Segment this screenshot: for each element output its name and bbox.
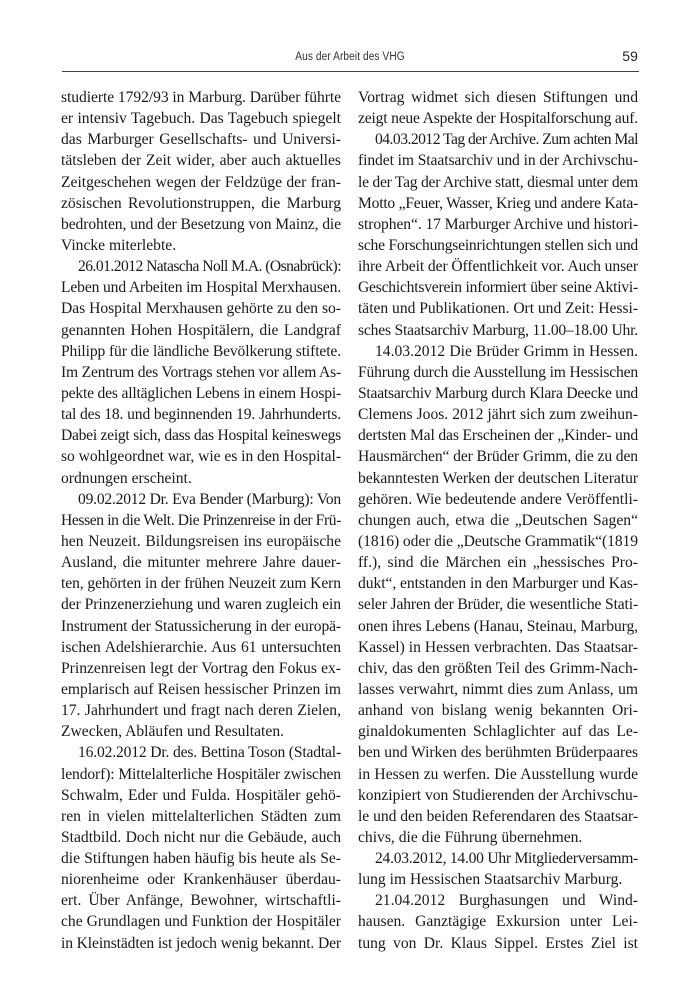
text-line: findet im Staatsarchiv und in der Archiv… (358, 150, 638, 171)
text-line: chungen auch, etwa die „Deutschen Sagen“ (358, 510, 638, 531)
text-line: chivs, die die Führung übernehmen. (358, 827, 638, 848)
text-line: lung im Hessischen Staatsarchiv Marburg. (358, 869, 638, 890)
paragraph-first-line: 26.01.2012 Natascha Noll M.A. (Osnabrück… (61, 256, 341, 277)
text-line: sche Forschungseinrichtungen stellen sic… (358, 235, 638, 256)
text-line: dertsten Mal das Erscheinen der „Kinder-… (358, 425, 638, 446)
document-page: Aus der Arbeit des VHG 59 studierte 1792… (0, 0, 700, 988)
text-line: Zeitgeschehen wegen der Feldzüge der fra… (61, 172, 341, 193)
text-line: ert. Über Anfänge, Bewohner, wirtschaftl… (61, 890, 341, 911)
text-line: anhand von bislang wenig bekannten Ori- (358, 700, 638, 721)
text-line: Dabei zeigt sich, dass das Hospital kein… (61, 425, 341, 446)
text-line: Kassel) in Hessen verbrachten. Das Staat… (358, 637, 638, 658)
text-line: tung von Dr. Klaus Sippel. Erstes Ziel i… (358, 933, 638, 954)
text-line: in Kleinstädten ist jedoch wenig bekannt… (61, 933, 341, 954)
text-line: Clemens Joos. 2012 jährt sich zum zweihu… (358, 404, 638, 425)
text-line: dukt“, entstanden in den Marburger und K… (358, 573, 638, 594)
text-line: onen ihres Lebens (Hanau, Steinau, Marbu… (358, 616, 638, 637)
text-line: (1816) oder die „Deutsche Grammatik“(181… (358, 531, 638, 552)
text-line: strophen“. 17 Marburger Archive und hist… (358, 214, 638, 235)
text-line: zösischen Revolutionstruppen, die Marbur… (61, 193, 341, 214)
text-line: Vincke miterlebte. (61, 235, 341, 256)
paragraph-first-line: 04.03.2012 Tag der Archive. Zum achten M… (358, 129, 638, 150)
paragraph-first-line: 16.02.2012 Dr. des. Bettina Toson (Stadt… (61, 742, 341, 763)
text-line: Instrument der Statussicherung in der eu… (61, 616, 341, 637)
text-line: bekanntesten Werken der deutschen Litera… (358, 468, 638, 489)
right-column: Vortrag widmet sich diesen Stiftungen un… (358, 87, 638, 954)
text-line: Stadtbild. Doch nicht nur die Gebäude, a… (61, 827, 341, 848)
text-line: ten, gehörten in der frühen Neuzeit zum … (61, 573, 341, 594)
text-line: ischen Adelshierarchie. Aus 61 untersuch… (61, 637, 341, 658)
text-line: tätsleben der Zeit wider, aber auch aktu… (61, 150, 341, 171)
text-line: Staatsarchiv Marburg durch Klara Deecke … (358, 383, 638, 404)
text-line: 17. Jahrhundert und fragt nach deren Zie… (61, 700, 341, 721)
text-line: Zwecken, Abläufen und Resultaten. (61, 721, 341, 742)
text-line: le und den beiden Referendaren des Staat… (358, 806, 638, 827)
text-line: ginaldokumenten Schlaglichter auf das Le… (358, 721, 638, 742)
page-number: 59 (622, 48, 638, 64)
text-line: Motto „Feuer, Wasser, Krieg und andere K… (358, 193, 638, 214)
text-line: ihre Arbeit der Öffentlichkeit vor. Auch… (358, 256, 638, 277)
text-line: Vortrag widmet sich diesen Stiftungen un… (358, 87, 638, 108)
header-rule (62, 71, 639, 72)
text-line: seler Jahren der Brüder, die wesentliche… (358, 594, 638, 615)
paragraph-first-line: 14.03.2012 Die Brüder Grimm in Hessen. (358, 341, 638, 362)
text-line: ren in vielen mittelalterlichen Städten … (61, 806, 341, 827)
text-line: hausen. Ganztägige Exkursion unter Lei- (358, 911, 638, 932)
text-line: gehören. Wie bedeutende andere Veröffent… (358, 489, 638, 510)
text-line: tal des 18. und beginnenden 19. Jahrhund… (61, 404, 341, 425)
text-line: in Hessen zu werfen. Die Ausstellung wur… (358, 764, 638, 785)
text-line: Leben und Arbeiten im Hospital Merxhause… (61, 277, 341, 298)
text-line: chiv, das den größten Teil des Grimm-Nac… (358, 658, 638, 679)
text-line: Ausland, die mitunter mehrere Jahre daue… (61, 552, 341, 573)
text-line: studierte 1792/93 in Marburg. Darüber fü… (61, 87, 341, 108)
paragraph-first-line: 09.02.2012 Dr. Eva Bender (Marburg): Von (61, 489, 341, 510)
paragraph-first-line: 21.04.2012 Burghasungen und Wind- (358, 890, 638, 911)
text-line: emplarisch auf Reisen hessischer Prinzen… (61, 679, 341, 700)
text-line: le der Tag der Archive statt, diesmal un… (358, 172, 638, 193)
text-line: täten und Publikationen. Ort und Zeit: H… (358, 298, 638, 319)
running-title: Aus der Arbeit des VHG (97, 51, 604, 63)
text-line: che Grundlagen und Funktion der Hospitäl… (61, 911, 341, 932)
text-line: sches Staatsarchiv Marburg, 11.00–18.00 … (358, 320, 638, 341)
left-column: studierte 1792/93 in Marburg. Darüber fü… (61, 87, 341, 954)
text-line: lendorf): Mittelalterliche Hospitäler zw… (61, 764, 341, 785)
paragraph-first-line: 24.03.2012, 14.00 Uhr Mitgliederversamm- (358, 848, 638, 869)
text-line: Hausmärchen“ der Brüder Grimm, die zu de… (358, 446, 638, 467)
text-line: lasses verwahrt, nimmt dies zum Anlass, … (358, 679, 638, 700)
text-line: zeigt neue Aspekte der Hospitalforschung… (358, 108, 638, 129)
text-line: ordnungen erscheint. (61, 468, 341, 489)
text-line: so wohlgeordnet war, wie es in den Hospi… (61, 446, 341, 467)
text-line: Im Zentrum des Vortrags stehen vor allem… (61, 362, 341, 383)
text-line: ben und Wirken des berühmten Brüderpaare… (358, 742, 638, 763)
running-header: Aus der Arbeit des VHG 59 (62, 48, 638, 68)
text-line: konzipiert von Studierenden der Archivsc… (358, 785, 638, 806)
text-line: der Prinzenerziehung und waren zugleich … (61, 594, 341, 615)
text-line: bedrohten, und der Besetzung von Mainz, … (61, 214, 341, 235)
text-line: Führung durch die Ausstellung im Hessisc… (358, 362, 638, 383)
text-line: Hessen in die Welt. Die Prinzenreise in … (61, 510, 341, 531)
text-line: Philipp für die ländliche Bevölkerung st… (61, 341, 341, 362)
text-line: hen Neuzeit. Bildungsreisen ins europäis… (61, 531, 341, 552)
text-line: die Stiftungen haben häufig bis heute al… (61, 848, 341, 869)
text-line: er intensiv Tagebuch. Das Tagebuch spieg… (61, 108, 341, 129)
text-line: Das Hospital Merxhausen gehörte zu den s… (61, 298, 341, 319)
text-line: niorenheime oder Krankenhäuser überdau- (61, 869, 341, 890)
text-line: Prinzenreisen legt der Vortrag den Fokus… (61, 658, 341, 679)
text-line: genannten Hohen Hospitälern, die Landgra… (61, 320, 341, 341)
text-line: ff.), sind die Märchen ein „hessisches P… (358, 552, 638, 573)
text-line: pekte des alltäglichen Lebens in einem H… (61, 383, 341, 404)
text-line: Geschichtsverein informiert über seine A… (358, 277, 638, 298)
text-line: das Marburger Gesellschafts- und Univers… (61, 129, 341, 150)
text-line: Schwalm, Eder und Fulda. Hospitäler gehö… (61, 785, 341, 806)
